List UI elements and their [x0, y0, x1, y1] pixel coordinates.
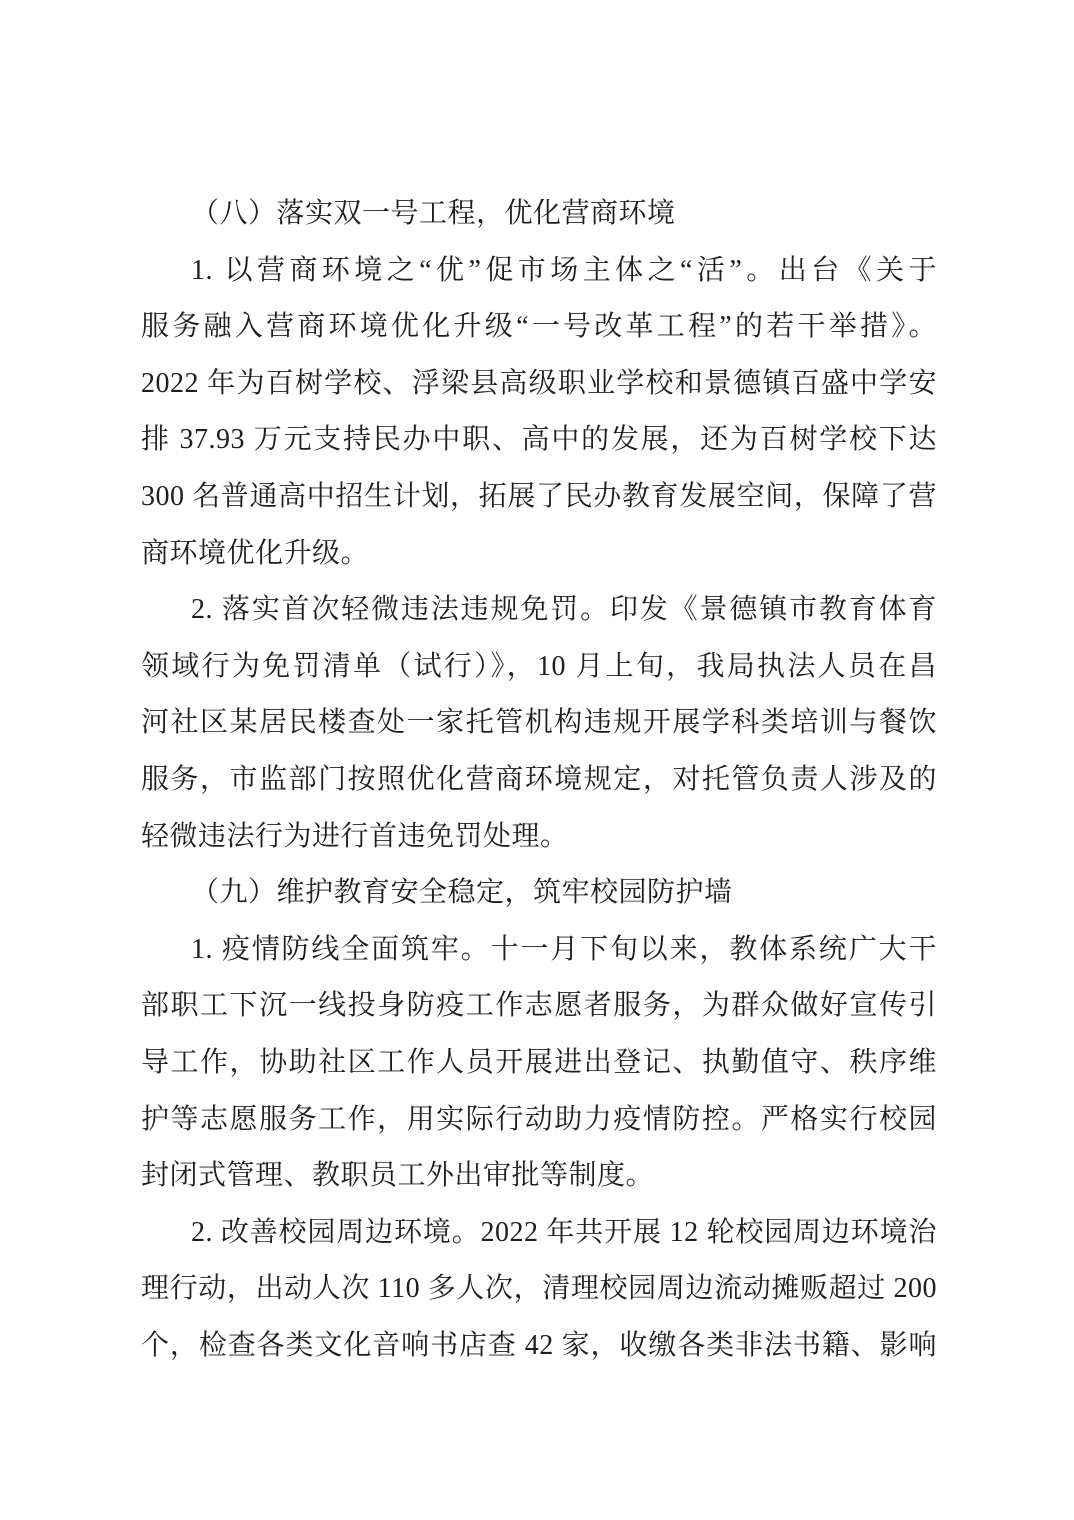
text-line: 服务，市监部门按照优化营商环境规定，对托管负责人涉及的 — [141, 752, 937, 809]
text-line: 排 37.93 万元支持民办中职、高中的发展，还为百树学校下达 — [141, 412, 937, 469]
text-line: 商环境优化升级。 — [141, 526, 937, 583]
text-line: 2022 年为百树学校、浮梁县高级职业学校和景德镇百盛中学安 — [141, 356, 937, 413]
text-line: 300 名普通高中招生计划，拓展了民办教育发展空间，保障了营 — [141, 469, 937, 526]
text-line: 1. 疫情防线全面筑牢。十一月下旬以来，教体系统广大干 — [141, 922, 937, 979]
text-line: 领域行为免罚清单（试行）》，10 月上旬，我局执法人员在昌 — [141, 639, 937, 696]
text-line: 导工作，协助社区工作人员开展进出登记、执勤值守、秩序维 — [141, 1035, 937, 1092]
text-line: 理行动，出动人次 110 多人次，清理校园周边流动摊贩超过 200 — [141, 1261, 937, 1318]
document-page: （八）落实双一号工程，优化营商环境 1. 以营商环境之“优”促市场主体之“活”。… — [0, 0, 1074, 1520]
text-line: 轻微违法行为进行首违免罚处理。 — [141, 809, 937, 866]
text-line: 部职工下沉一线投身防疫工作志愿者服务，为群众做好宣传引 — [141, 978, 937, 1035]
document-body: （八）落实双一号工程，优化营商环境 1. 以营商环境之“优”促市场主体之“活”。… — [141, 186, 937, 1374]
section-8-heading: （八）落实双一号工程，优化营商环境 — [141, 186, 937, 243]
text-line: 封闭式管理、教职员工外出审批等制度。 — [141, 1148, 937, 1205]
section-9-heading: （九）维护教育安全稳定，筑牢校园防护墙 — [141, 865, 937, 922]
text-line: 个，检查各类文化音响书店查 42 家，收缴各类非法书籍、影响 — [141, 1318, 937, 1375]
text-line: 2. 改善校园周边环境。2022 年共开展 12 轮校园周边环境治 — [141, 1205, 937, 1262]
text-line: 1. 以营商环境之“优”促市场主体之“活”。出台《关于 — [141, 243, 937, 300]
text-line: 2. 落实首次轻微违法违规免罚。印发《景德镇市教育体育 — [141, 582, 937, 639]
text-line: 护等志愿服务工作，用实际行动助力疫情防控。严格实行校园 — [141, 1092, 937, 1149]
text-line: 河社区某居民楼查处一家托管机构违规开展学科类培训与餐饮 — [141, 695, 937, 752]
text-line: 服务融入营商环境优化升级“一号改革工程”的若干举措》。 — [141, 299, 937, 356]
